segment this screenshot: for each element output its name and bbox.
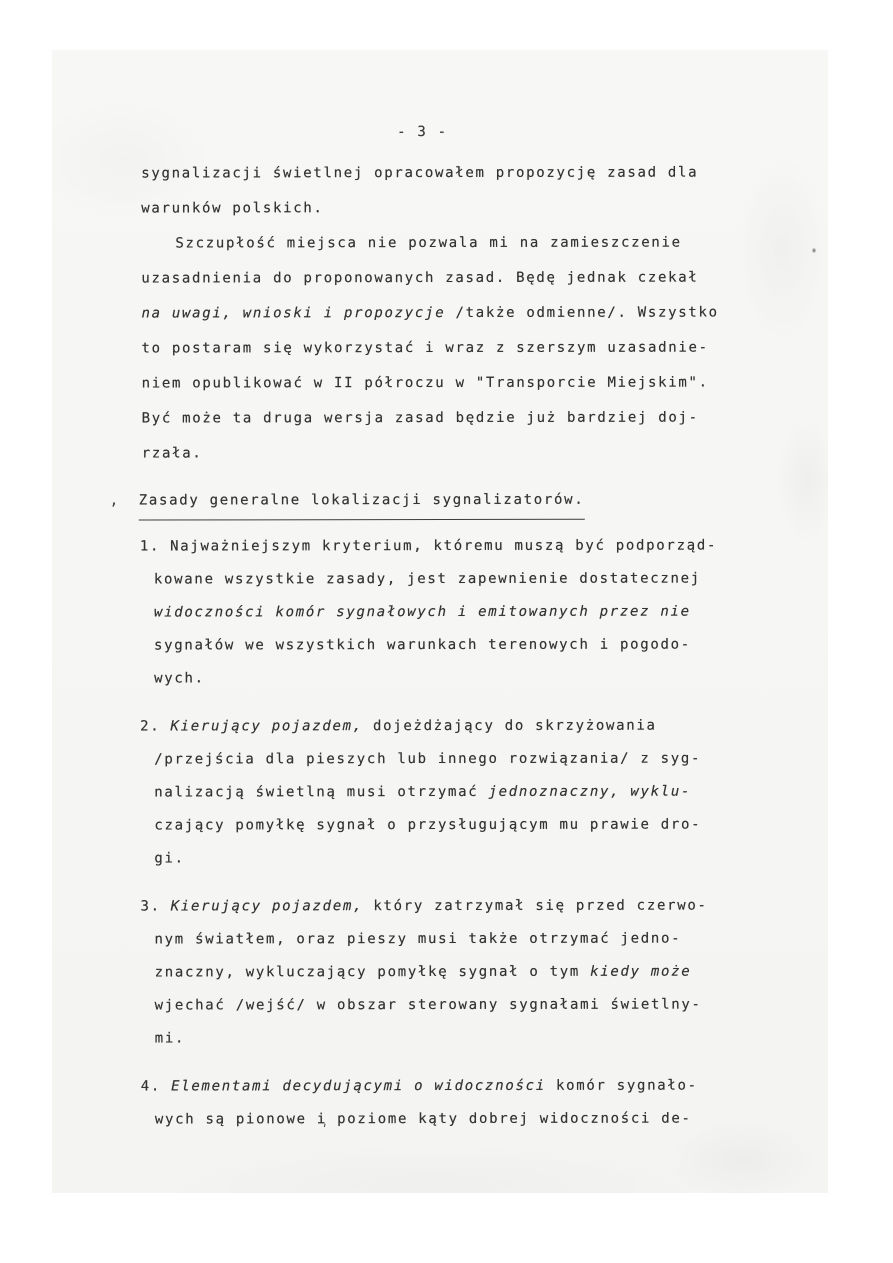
scanned-document-page: - 3 - sygnalizacji świetlnej opracowałem…	[52, 50, 828, 1193]
text-line: czający pomyłkę sygnał o przysługującym …	[154, 808, 828, 842]
rule-number: 3.	[140, 898, 160, 914]
text-segment: gi.	[154, 850, 184, 866]
text-line: gi.	[154, 841, 828, 875]
margin-comma-mark: ,	[110, 484, 139, 519]
rule-item: 1.Najważniejszym kryterium, któremu musz…	[140, 529, 828, 695]
intro-paragraphs: sygnalizacji świetlnej opracowałem propo…	[51, 155, 828, 471]
text-segment: /także odmienne/. Wszystko	[445, 305, 719, 321]
text-line: Szczupłość miejsca nie pozwala mi na zam…	[141, 225, 827, 261]
text-segment: czający pomyłkę sygnał o przysługującym …	[154, 817, 701, 834]
rule-number: 2.	[140, 718, 160, 734]
text-line: warunków polskich.	[141, 190, 827, 226]
text-line: /przejścia dla pieszych lub innego rozwi…	[154, 742, 828, 776]
rule-item: 3.Kierujący pojazdem, który zatrzymał si…	[140, 889, 828, 1055]
emphasized-text: na uwagi, wnioski i propozycje	[141, 305, 445, 322]
text-segment: uzasadnienia do proponowanych zasad. Będ…	[141, 270, 698, 287]
emphasized-text: Kierujący pojazdem,	[170, 718, 362, 734]
text-segment: wych.	[154, 670, 205, 686]
text-line: nalizacją świetlną musi otrzymać jednozn…	[154, 775, 828, 809]
rule-item: 2.Kierujący pojazdem, dojeżdżający do sk…	[140, 709, 828, 875]
rule-item: 4.Elementami decydującymi o widoczności …	[141, 1069, 829, 1136]
rule-number: 1.	[140, 538, 160, 554]
text-line: kowane wszystkie zasady, jest zapewnieni…	[154, 562, 828, 596]
emphasized-text: Kierujący pojazdem,	[171, 898, 363, 914]
text-segment: mi.	[155, 1030, 185, 1046]
text-segment: komór sygnało-	[546, 1078, 698, 1094]
text-segment: /przejścia dla pieszych lub innego rozwi…	[154, 751, 701, 768]
text-line: uzasadnienia do proponowanych zasad. Będ…	[141, 260, 827, 296]
emphasized-text: jednoznaczny, wyklu-	[489, 784, 692, 800]
text-line: 3.Kierujący pojazdem, który zatrzymał si…	[140, 889, 828, 923]
text-segment: nalizacją świetlną musi otrzymać	[154, 784, 488, 801]
text-line: niem opublikować w II półroczu w "Transp…	[142, 365, 828, 401]
text-segment: rzała.	[142, 445, 203, 461]
text-segment: Być może ta druga wersja zasad będzie ju…	[142, 410, 699, 427]
text-line: nym światłem, oraz pieszy musi także otr…	[155, 922, 829, 956]
text-line: rzała.	[142, 435, 828, 471]
text-line: znaczny, wykluczający pomyłkę sygnał o t…	[155, 955, 829, 989]
text-segment: kowane wszystkie zasady, jest zapewnieni…	[154, 571, 701, 588]
page-number: - 3 -	[51, 121, 827, 142]
text-segment: sygnalizacji świetlnej opracowałem propo…	[141, 165, 698, 182]
emphasized-text: Elementami decydującymi o widoczności	[171, 1078, 546, 1095]
text-line: wych są pionowe i poziome kąty dobrej wi…	[155, 1102, 829, 1136]
text-segment: sygnałów we wszystkich warunkach terenow…	[154, 637, 691, 654]
text-line: to postaram się wykorzystać i wraz z sze…	[141, 330, 827, 366]
rule-number: 4.	[141, 1078, 161, 1094]
text-segment: niem opublikować w II półroczu w "Transp…	[142, 375, 709, 392]
text-segment: który zatrzymał się przed czerwo-	[363, 898, 707, 915]
text-segment: nym światłem, oraz pieszy musi także otr…	[155, 931, 682, 948]
text-segment: to postaram się wykorzystać i wraz z sze…	[141, 340, 708, 357]
text-line: sygnalizacji świetlnej opracowałem propo…	[141, 155, 827, 191]
text-segment: wych są pionowe i poziome kąty dobrej wi…	[155, 1111, 692, 1128]
text-line: wych.	[154, 661, 828, 695]
text-segment: Szczupłość miejsca nie pozwala mi na zam…	[175, 235, 681, 252]
emphasized-text: kiedy może	[590, 964, 691, 980]
text-line: mi.	[155, 1021, 829, 1055]
text-line: na uwagi, wnioski i propozycje /także od…	[141, 295, 827, 331]
text-line: 2.Kierujący pojazdem, dojeżdżający do sk…	[140, 709, 828, 743]
text-line: wjechać /wejść/ w obszar sterowany sygna…	[155, 988, 829, 1022]
text-line: widoczności komór sygnałowych i emitowan…	[154, 595, 828, 629]
typewritten-content: - 3 - sygnalizacji świetlnej opracowałem…	[51, 121, 829, 1136]
text-line: Być może ta druga wersja zasad będzie ju…	[142, 400, 828, 436]
text-segment: wjechać /wejść/ w obszar sterowany sygna…	[155, 997, 702, 1014]
text-segment: dojeżdżający do skrzyżowania	[363, 718, 657, 735]
text-line: 1.Najważniejszym kryterium, któremu musz…	[140, 529, 828, 563]
text-segment: warunków polskich.	[141, 200, 323, 216]
emphasized-text: widoczności komór sygnałowych i emitowan…	[154, 604, 691, 621]
ink-dot	[812, 248, 816, 253]
text-line: 4.Elementami decydującymi o widoczności …	[141, 1069, 829, 1103]
section-heading-row: ,Zasady generalne lokalizacji sygnalizat…	[110, 482, 828, 520]
text-line: sygnałów we wszystkich warunkach terenow…	[154, 628, 828, 662]
section-heading: Zasady generalne lokalizacji sygnalizato…	[139, 483, 585, 521]
rules-list: 1.Najważniejszym kryterium, któremu musz…	[140, 529, 829, 1136]
text-segment: Najważniejszym kryterium, któremu muszą …	[170, 538, 717, 555]
text-segment: znaczny, wykluczający pomyłkę sygnał o t…	[155, 964, 591, 981]
